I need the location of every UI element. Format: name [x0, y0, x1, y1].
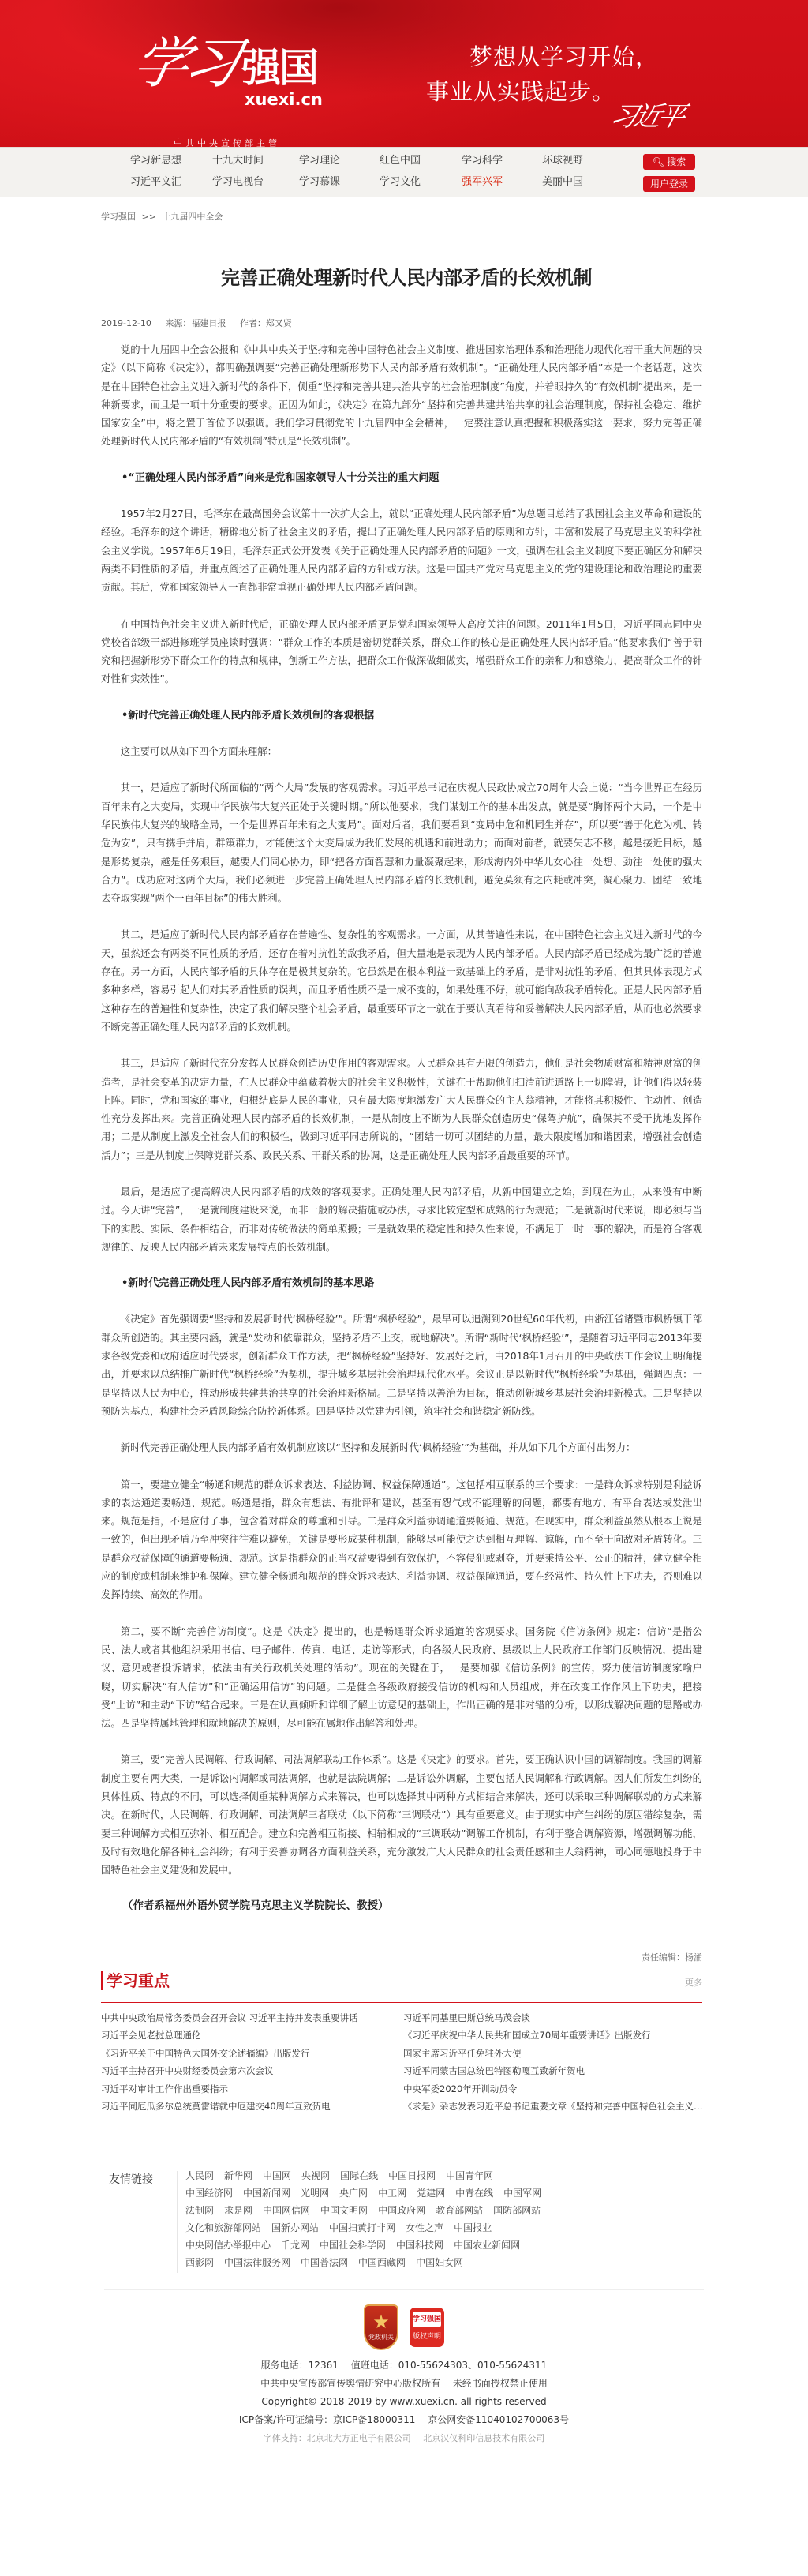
key-points-header: 学习重点 更多: [101, 1971, 702, 2003]
footer-copyright-owner: 中共中央宣传部宣传舆情研究中心版权所有 未经书面授权禁止使用: [0, 2375, 808, 2393]
friend-link[interactable]: 中国新闻网: [243, 2188, 290, 2199]
search-button-label: 搜索: [667, 156, 686, 167]
friend-link[interactable]: 中国文明网: [320, 2206, 368, 2216]
nav-grid: 学习新思想十九大时间学习理论红色中国学习科学环球视野习近平文汇学习电视台学习慕课…: [130, 154, 621, 189]
logo-subtitle: 中共中央宣传部主管: [174, 137, 280, 147]
friend-link[interactable]: 国新办网站: [271, 2223, 319, 2233]
friend-link[interactable]: 中国网: [263, 2171, 291, 2181]
friend-link[interactable]: 教育部网站: [436, 2206, 483, 2216]
article-date: 2019-12-10: [101, 318, 151, 328]
font-support: 字体支持：北京北大方正电子有限公司 北京汉仪科印信息技术有限公司: [0, 2429, 808, 2447]
breadcrumb-section[interactable]: 十九届四中全会: [162, 212, 223, 222]
nav-item[interactable]: 学习电视台: [212, 175, 299, 189]
friend-link[interactable]: 中国军网: [503, 2188, 541, 2199]
nav-item[interactable]: 红色中国: [380, 154, 462, 167]
friend-link[interactable]: 中国经济网: [185, 2188, 233, 2199]
article-body: 党的十九届四中全会公报和《中共中央关于坚持和完善中国特色社会主义制度、推进国家治…: [101, 340, 702, 1916]
no-use-notice: 未经书面授权禁止使用: [453, 2378, 548, 2389]
key-point-link[interactable]: 《求是》杂志发表习近平总书记重要文章《坚持和完善中国特色社会主义制度...: [403, 2098, 703, 2116]
key-points-list: 中共中央政治局常务委员会召开会议 习近平主持并发表重要讲话习近平会见老挝总理通伦…: [101, 2009, 702, 2116]
friend-link[interactable]: 女性之声: [406, 2223, 443, 2233]
page-title: 完善正确处理新时代人民内部矛盾的长效机制: [101, 262, 712, 290]
friend-link[interactable]: 中国青年网: [446, 2171, 493, 2181]
article-paragraph: 新时代完善正确处理人民内部矛盾有效机制应该以“坚持和发展新时代‘枫桥经验’”为基…: [101, 1438, 702, 1457]
friend-link[interactable]: 中央网信办举报中心: [185, 2240, 271, 2251]
key-points-title: 学习重点: [101, 1971, 170, 1990]
key-points-section: 学习重点 更多 中共中央政治局常务委员会召开会议 习近平主持并发表重要讲话习近平…: [101, 1971, 702, 2116]
key-point-link[interactable]: 习近平会见老挝总理通伦: [101, 2027, 397, 2045]
logo-url-text: xuexi.cn: [245, 90, 323, 109]
key-point-link[interactable]: 习近平主持召开中央财经委员会第六次会议: [101, 2062, 397, 2080]
nav-item[interactable]: 美丽中国: [542, 175, 621, 189]
gongan-link[interactable]: 京公网安备11040102700063号: [428, 2414, 569, 2425]
gov-agency-badge[interactable]: ★ 党政机关: [364, 2304, 398, 2350]
friend-link[interactable]: 中国妇女网: [416, 2258, 463, 2268]
font-support-1: 字体支持：北京北大方正电子有限公司: [264, 2433, 411, 2443]
article-source: 来源：福建日报: [165, 318, 226, 328]
friend-link[interactable]: 中国普法网: [301, 2258, 348, 2268]
login-button[interactable]: 用户登录: [643, 176, 695, 192]
gov-agency-badge-label: 党政机关: [365, 2333, 397, 2342]
friend-link[interactable]: 人民网: [185, 2171, 214, 2181]
key-point-link[interactable]: 习近平同厄瓜多尔总统莫雷诺就中厄建交40周年互致贺电: [101, 2098, 397, 2116]
friend-links-label: 友情链接: [109, 2171, 153, 2187]
responsible-editor: 责任编辑：杨涌: [101, 1951, 702, 1963]
article-paragraph: 第一，要建立健全“畅通和规范的群众诉求表达、利益协调、权益保障通道”。这包括相互…: [101, 1475, 702, 1604]
nav-item[interactable]: 习近平文汇: [130, 175, 212, 189]
author-note: （作者系福州外语外贸学院马克思主义学院院长、教授）: [101, 1897, 702, 1915]
slogan-line-2: 事业从实践起步。: [426, 74, 615, 107]
footer-phones: 服务电话：12361 值班电话：010-55624303、010-5562431…: [0, 2357, 808, 2375]
slogan-line-1: 梦想从学习开始，: [469, 39, 659, 72]
friend-link[interactable]: 求是网: [224, 2206, 252, 2216]
copyright-badge-label: 版权声明: [410, 2330, 444, 2341]
footer-badges: ★ 党政机关 学习强国 版权声明: [0, 2304, 808, 2350]
key-point-link[interactable]: 中央军委2020年开训动员令: [403, 2080, 703, 2098]
article-paragraph: 《决定》首先强调要“坚持和发展新时代‘枫桥经验’”。所谓“枫桥经验”，最早可以追…: [101, 1310, 702, 1420]
nav-item[interactable]: 学习文化: [380, 175, 462, 189]
key-points-left-column: 中共中央政治局常务委员会召开会议 习近平主持并发表重要讲话习近平会见老挝总理通伦…: [101, 2009, 397, 2116]
friend-link[interactable]: 中国西藏网: [358, 2258, 406, 2268]
nav-item[interactable]: 强军兴军: [462, 175, 542, 189]
key-point-link[interactable]: 习近平对审计工作作出重要指示: [101, 2080, 397, 2098]
footer-icp: ICP备案/许可证编号：京ICP备18000311 京公网安备110401027…: [0, 2411, 808, 2429]
breadcrumb: 学习强国 >> 十九届四中全会: [101, 197, 712, 245]
key-points-right-column: 习近平同基里巴斯总统马茂会谈《习近平庆祝中华人民共和国成立70周年重要讲话》出版…: [403, 2009, 703, 2116]
header-banner: 学习 强国 xuexi.cn 中共中央宣传部主管 梦想从学习开始， 事业从实践起…: [0, 0, 808, 147]
article-paragraph: 党的十九届四中全会公报和《中共中央关于坚持和完善中国特色社会主义制度、推进国家治…: [101, 340, 702, 451]
copyright-badge-logo: 学习强国: [413, 2312, 441, 2327]
friend-links-grid: 人民网新华网中国网央视网国际在线中国日报网中国青年网中国经济网中国新闻网光明网央…: [177, 2171, 555, 2273]
section-heading: •新时代完善正确处理人民内部矛盾有效机制的基本思路: [101, 1274, 702, 1292]
nav-item[interactable]: 学习新思想: [130, 154, 212, 167]
article-paragraph: 其二，是适应了新时代人民内部矛盾存在普遍性、复杂性的客观需求。一方面，从其普遍性…: [101, 925, 702, 1036]
friend-link[interactable]: 光明网: [301, 2188, 329, 2199]
friend-link[interactable]: 央广网: [339, 2188, 368, 2199]
site-logo[interactable]: 学习 强国 xuexi.cn 中共中央宣传部主管: [134, 32, 324, 126]
breadcrumb-separator: >>: [142, 212, 156, 222]
friend-link[interactable]: 新华网: [224, 2171, 252, 2181]
article-paragraph: 其三，是适应了新时代充分发挥人民群众创造历史作用的客观需求。人民群众具有无限的创…: [101, 1054, 702, 1164]
more-link[interactable]: 更多: [685, 1976, 702, 1989]
article-author: 作者：郑又贤: [240, 318, 292, 328]
copyright-text: Copyright© 2018-2019 by www.xuexi.cn. al…: [0, 2393, 808, 2411]
article-paragraph: 1957年2月27日，毛泽东在最高国务会议第十一次扩大会上，就以“正确处理人民内…: [101, 504, 702, 596]
friend-link[interactable]: 中国政府网: [378, 2206, 425, 2216]
logo-script-text: 学习: [127, 32, 241, 95]
logo-main-text: 强国: [241, 46, 317, 90]
key-point-link[interactable]: 《习近平关于中国特色大国外交论述摘编》出版发行: [101, 2045, 397, 2063]
friend-link[interactable]: 中国法律服务网: [224, 2258, 290, 2268]
signature: 习近平: [606, 95, 687, 133]
friend-link[interactable]: 中国扫黄打非网: [329, 2223, 395, 2233]
friend-link[interactable]: 西影网: [185, 2258, 214, 2268]
friend-link[interactable]: 法制网: [185, 2206, 214, 2216]
nav-item[interactable]: 十九大时间: [212, 154, 299, 167]
article-meta: 2019-12-10 来源：福建日报 作者：郑又贤: [101, 317, 712, 329]
copyright-owner: 中共中央宣传部宣传舆情研究中心版权所有: [260, 2378, 440, 2389]
section-heading: •“正确处理人民内部矛盾”向来是党和国家领导人十分关注的重大问题: [101, 469, 702, 487]
friend-link[interactable]: 国防部网站: [493, 2206, 541, 2216]
service-phone: 服务电话：12361: [261, 2360, 339, 2371]
article-paragraph: 其一，是适应了新时代所面临的“两个大局”发展的客观需求。习近平总书记在庆祝人民政…: [101, 778, 702, 907]
section-heading: •新时代完善正确处理人民内部矛盾长效机制的客观根据: [101, 707, 702, 725]
friend-link[interactable]: 中青在线: [455, 2188, 493, 2199]
article-paragraph: 第三，要“完善人民调解、行政调解、司法调解联动工作体系”。这是《决定》的要求。首…: [101, 1750, 702, 1879]
friend-link[interactable]: 中国农业新闻网: [454, 2240, 520, 2251]
friend-link[interactable]: 中国报业: [454, 2223, 492, 2233]
copyright-badge[interactable]: 学习强国 版权声明: [410, 2308, 444, 2347]
gov-emblem-icon: ★: [365, 2311, 397, 2333]
key-point-link[interactable]: 中共中央政治局常务委员会召开会议 习近平主持并发表重要讲话: [101, 2009, 397, 2027]
friend-link[interactable]: 中工网: [378, 2188, 406, 2199]
friend-link[interactable]: 国际在线: [340, 2171, 378, 2181]
friend-link[interactable]: 中国日报网: [388, 2171, 436, 2181]
friend-link[interactable]: 千龙网: [281, 2240, 309, 2251]
friend-links: 友情链接 人民网新华网中国网央视网国际在线中国日报网中国青年网中国经济网中国新闻…: [96, 2171, 712, 2273]
icp-link[interactable]: ICP备案/许可证编号：京ICP备18000311: [239, 2414, 415, 2425]
article-paragraph: 这主要可以从如下四个方面来理解：: [101, 742, 702, 760]
friend-link[interactable]: 中国社会科学网: [320, 2240, 386, 2251]
key-point-link[interactable]: 国家主席习近平任免驻外大使: [403, 2045, 703, 2063]
friend-link[interactable]: 党建网: [417, 2188, 445, 2199]
key-point-link[interactable]: 《习近平庆祝中华人民共和国成立70周年重要讲话》出版发行: [403, 2027, 703, 2045]
friend-link[interactable]: 文化和旅游部网站: [185, 2223, 261, 2233]
friend-link[interactable]: 中国网信网: [263, 2206, 310, 2216]
nav-item[interactable]: 环球视野: [542, 154, 621, 167]
search-icon: 🔍︎: [653, 156, 664, 167]
font-support-2: 北京汉仪科印信息技术有限公司: [423, 2433, 544, 2443]
article-paragraph: 第二，要不断“完善信访制度”。这是《决定》提出的，也是畅通群众诉求通道的客观要求…: [101, 1622, 702, 1733]
nav-item[interactable]: 学习科学: [462, 154, 542, 167]
breadcrumb-home[interactable]: 学习强国: [101, 212, 136, 222]
friend-link[interactable]: 央视网: [301, 2171, 330, 2181]
article-paragraph: 在中国特色社会主义进入新时代后，正确处理人民内部矛盾更是党和国家领导人高度关注的…: [101, 615, 702, 688]
search-button[interactable]: 🔍︎ 搜索: [643, 154, 695, 170]
nav-item[interactable]: 学习慕课: [299, 175, 380, 189]
key-point-link[interactable]: 习近平同基里巴斯总统马茂会谈: [403, 2009, 703, 2027]
duty-phone: 值班电话：010-55624303、010-55624311: [351, 2360, 548, 2371]
footer: ★ 党政机关 学习强国 版权声明 服务电话：12361 值班电话：010-556…: [0, 2290, 808, 2460]
friend-link[interactable]: 中国科技网: [396, 2240, 443, 2251]
key-point-link[interactable]: 习近平同蒙古国总统巴特图勒嘎互致新年贺电: [403, 2062, 703, 2080]
nav-item[interactable]: 学习理论: [299, 154, 380, 167]
main-content: 学习强国 >> 十九届四中全会 完善正确处理新时代人民内部矛盾的长效机制 201…: [96, 197, 712, 2116]
article-paragraph: 最后，是适应了提高解决人民内部矛盾的成效的客观要求。正确处理人民内部矛盾，从新中…: [101, 1183, 702, 1256]
main-nav: 学习新思想十九大时间学习理论红色中国学习科学环球视野习近平文汇学习电视台学习慕课…: [0, 147, 808, 197]
